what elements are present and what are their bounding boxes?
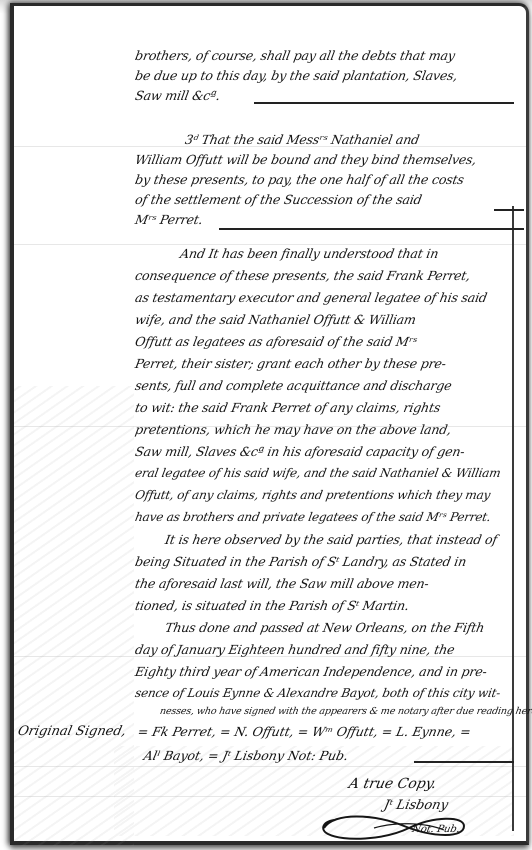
text-line: wife, and the said Nathaniel Offutt & Wi… [134, 312, 417, 327]
text-line: consequence of these presents, the said … [134, 268, 471, 283]
original-signed-label: Original Signed, [16, 724, 127, 739]
text-line: sence of Louis Eynne & Alexandre Bayot, … [134, 686, 501, 700]
fill-line [494, 209, 524, 211]
fill-line [219, 228, 524, 230]
text-line: Offutt as legatees as aforesaid of the s… [134, 334, 418, 349]
text-line: pretentions, which he may have on the ab… [134, 422, 452, 437]
text-line: 3ᵈ That the said Messʳˢ Nathaniel and [184, 132, 420, 147]
text-line: eral legatee of his said wife, and the s… [134, 466, 502, 480]
true-copy-certification: A true Copy. [347, 776, 438, 792]
original-signatures-line-2: Alˡ Bayot, = Jᵗ Lisbony Not: Pub. [142, 748, 349, 763]
text-line: have as brothers and private legatees of… [134, 510, 492, 524]
text-line: brothers, of course, shall pay all the d… [134, 48, 456, 63]
text-line: sents, full and complete acquittance and… [134, 378, 453, 393]
text-line: to wit: the said Frank Perret of any cla… [134, 400, 442, 415]
text-line: Thus done and passed at New Orleans, on … [164, 620, 486, 635]
text-line: the aforesaid last will, the Saw mill ab… [134, 576, 430, 591]
document-page: brothers, of course, shall pay all the d… [10, 3, 529, 845]
original-signatures-line-1: = Fk Perret, = N. Offutt, = Wᵐ Offutt, =… [136, 724, 472, 739]
text-line: as testamentary executor and general leg… [134, 290, 488, 305]
text-line: Saw mill, Slaves &cª in his aforesaid ca… [134, 444, 466, 459]
text-line: Eighty third year of American Independen… [134, 664, 488, 679]
page-fold-edge [512, 206, 514, 831]
text-line: Saw mill &cª. [134, 88, 221, 103]
text-line: day of January Eighteen hundred and fift… [134, 642, 456, 657]
text-line: Offutt, of any claims, rights and preten… [134, 488, 491, 502]
text-line: be due up to this day, by the said plant… [134, 68, 459, 83]
fill-line [414, 761, 514, 763]
text-line: And It has been finally understood that … [179, 246, 440, 261]
text-line: Mʳˢ Perret. [134, 212, 204, 227]
text-line: William Offutt will be bound and they bi… [134, 152, 478, 167]
ruled-line [14, 244, 526, 245]
text-line: It is here observed by the said parties,… [164, 532, 498, 547]
text-line: by these presents, to pay, the one half … [134, 172, 465, 187]
text-line: Perret, their sister; grant each other b… [134, 356, 447, 371]
notary-mark: Not. Pub. [411, 824, 461, 835]
text-line: tioned, is situated in the Parish of Sᵗ … [134, 598, 410, 613]
text-line: of the settlement of the Succession of t… [134, 192, 423, 207]
text-line: being Situated in the Parish of Sᵗ Landr… [134, 554, 467, 569]
text-line: nesses, who have signed with the appeare… [159, 706, 532, 717]
fill-line [254, 102, 514, 104]
